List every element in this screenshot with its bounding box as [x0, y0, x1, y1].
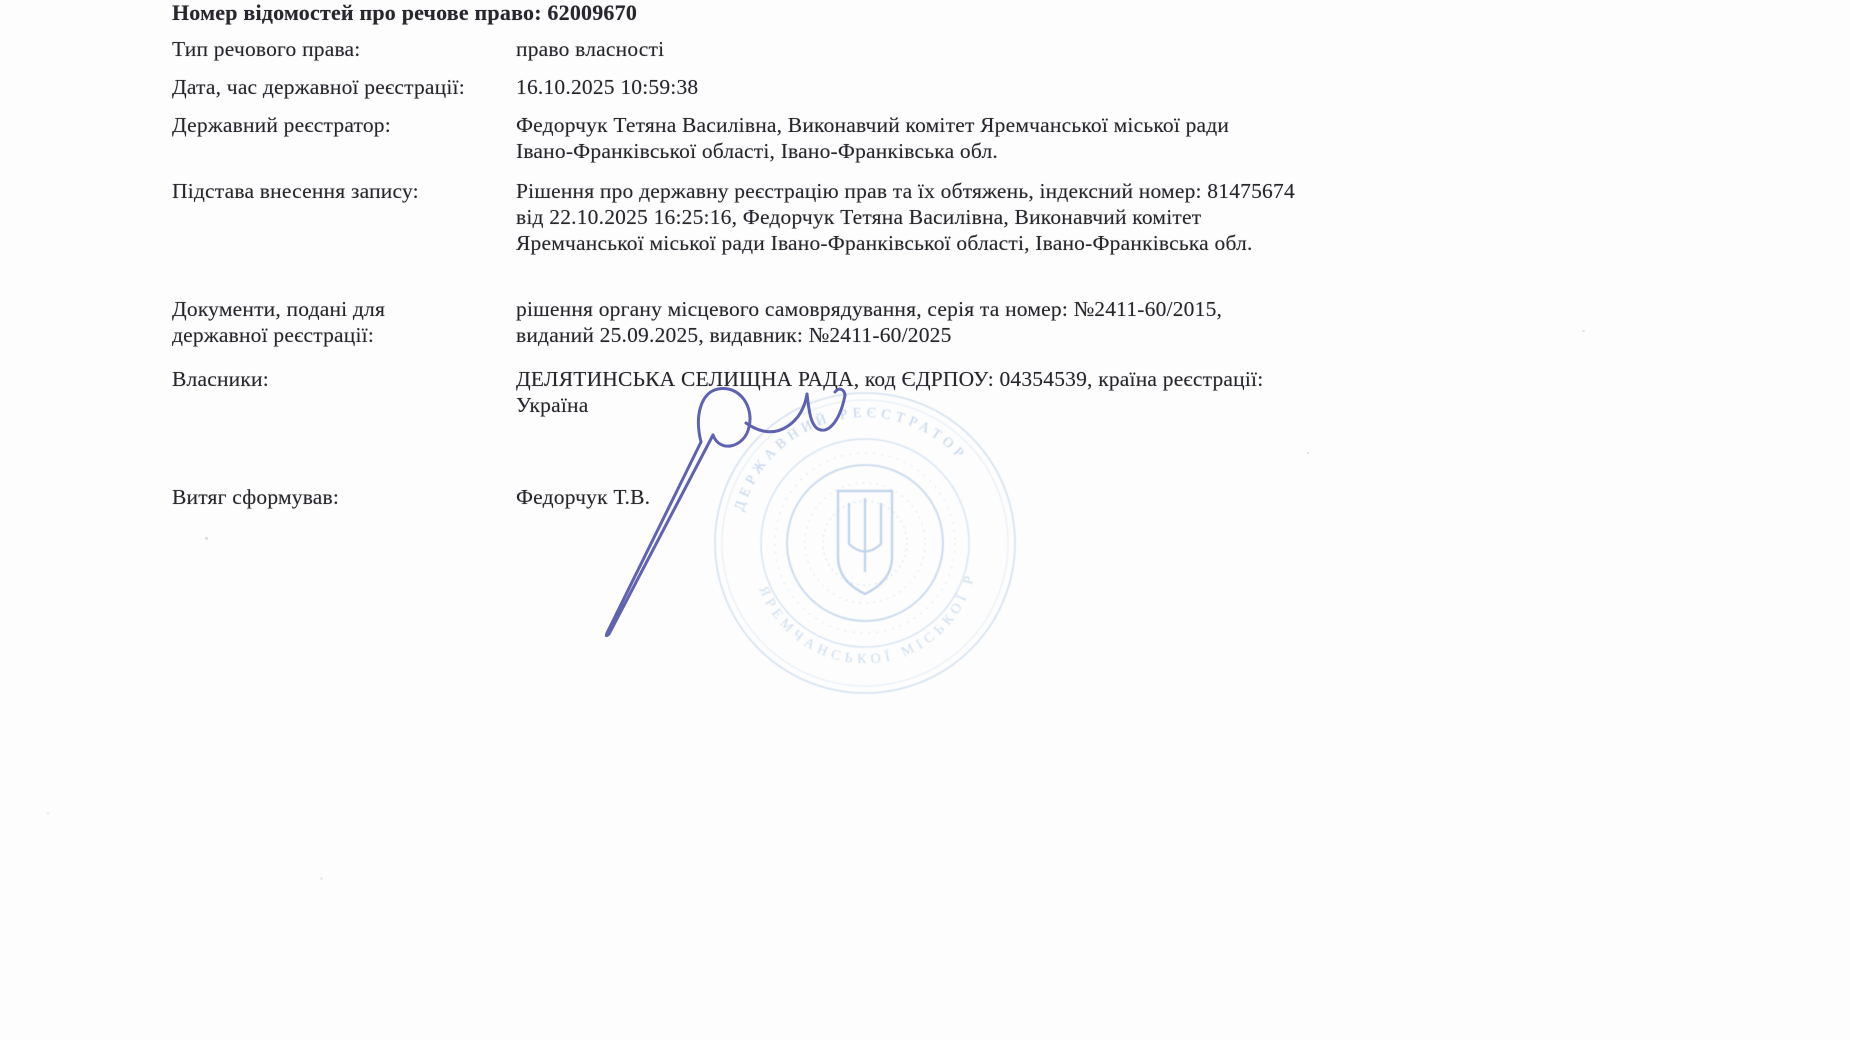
field-value: Рішення про державну реєстрацію прав та …: [516, 178, 1295, 256]
field-label: Підстава внесення запису:: [172, 178, 516, 204]
scan-noise-dot: [205, 537, 208, 540]
field-label: Документи, подані для державної реєстрац…: [172, 296, 516, 348]
field-label: Дата, час державної реєстрації:: [172, 74, 516, 100]
scan-noise-dot: [320, 877, 323, 880]
field-value: Федорчук Тетяна Василівна, Виконавчий ко…: [516, 112, 1229, 164]
field-value: 16.10.2025 10:59:38: [516, 74, 698, 100]
scan-noise-dot: [1307, 452, 1309, 454]
field-value: рішення органу місцевого самоврядування,…: [516, 296, 1222, 348]
document-header: Номер відомостей про речове право: 62009…: [172, 0, 637, 26]
scanned-document-page: Номер відомостей про речове право: 62009…: [0, 0, 1850, 1040]
field-label: Витяг сформував:: [172, 484, 516, 510]
handwritten-signature: [560, 368, 880, 658]
field-label: Власники:: [172, 366, 516, 392]
field-row-registration-datetime: Дата, час державної реєстрації: 16.10.20…: [172, 74, 698, 100]
field-value: право власності: [516, 36, 664, 62]
field-row-property-right-type: Тип речового права: право власності: [172, 36, 664, 62]
scan-noise-dot: [1582, 330, 1585, 332]
field-label: Державний реєстратор:: [172, 112, 516, 138]
field-row-record-basis: Підстава внесення запису: Рішення про де…: [172, 178, 1295, 256]
scan-noise-dot: [46, 812, 50, 815]
field-row-state-registrar: Державний реєстратор: Федорчук Тетяна Ва…: [172, 112, 1229, 164]
field-row-submitted-documents: Документи, подані для державної реєстрац…: [172, 296, 1222, 348]
field-label: Тип речового права:: [172, 36, 516, 62]
